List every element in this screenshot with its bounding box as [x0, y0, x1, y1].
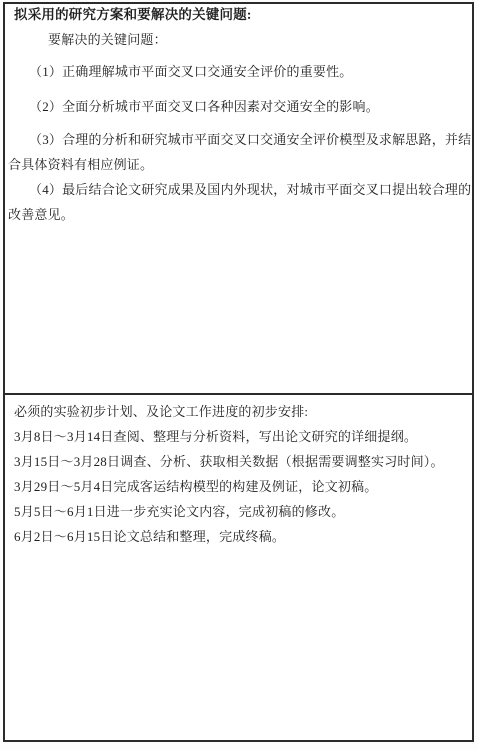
key-issue-item-2: （2）全面分析城市平面交叉口各种因素对交通安全的影响。 — [5, 94, 472, 119]
schedule-heading: 必须的实验初步计划、及论文工作进度的初步安排: — [5, 399, 472, 424]
key-issues-label: 要解决的关键问题： — [5, 27, 472, 52]
schedule-entry-1: 3月8日～3月14日查阅、整理与分析资料，写出论文研究的详细提纲。 — [5, 424, 472, 449]
key-issue-item-1: （1）正确理解城市平面交叉口交通安全评价的重要性。 — [5, 59, 472, 84]
key-issue-item-3-line2: 合具体资料有相应例证。 — [5, 152, 472, 177]
key-issue-item-3-line1: （3）合理的分析和研究城市平面交叉口交通安全评价模型及求解思路，并结 — [5, 127, 472, 152]
section-schedule: 必须的实验初步计划、及论文工作进度的初步安排: 3月8日～3月14日查阅、整理与… — [5, 395, 472, 740]
schedule-entry-5: 6月2日～6月15日论文总结和整理，完成终稿。 — [5, 524, 472, 549]
form-table: 拟采用的研究方案和要解决的关键问题: 要解决的关键问题： （1）正确理解城市平面… — [3, 2, 474, 742]
schedule-entry-3: 3月29日～5月4日完成客运结构模型的构建及例证，论文初稿。 — [5, 474, 472, 499]
key-issue-item-4-line2: 改善意见。 — [5, 202, 472, 227]
schedule-entry-4: 5月5日～6月1日进一步充实论文内容，完成初稿的修改。 — [5, 499, 472, 524]
key-issue-item-4-line1: （4）最后结合论文研究成果及国内外现状，对城市平面交叉口提出较合理的 — [5, 177, 472, 202]
research-plan-heading: 拟采用的研究方案和要解决的关键问题: — [5, 4, 472, 26]
scanned-document-page: 拟采用的研究方案和要解决的关键问题: 要解决的关键问题： （1）正确理解城市平面… — [0, 0, 479, 750]
schedule-entry-2: 3月15日～3月28日调查、分析、获取相关数据（根据需要调整实习时间）。 — [5, 449, 472, 474]
section-research-plan: 拟采用的研究方案和要解决的关键问题: 要解决的关键问题： （1）正确理解城市平面… — [5, 4, 472, 395]
